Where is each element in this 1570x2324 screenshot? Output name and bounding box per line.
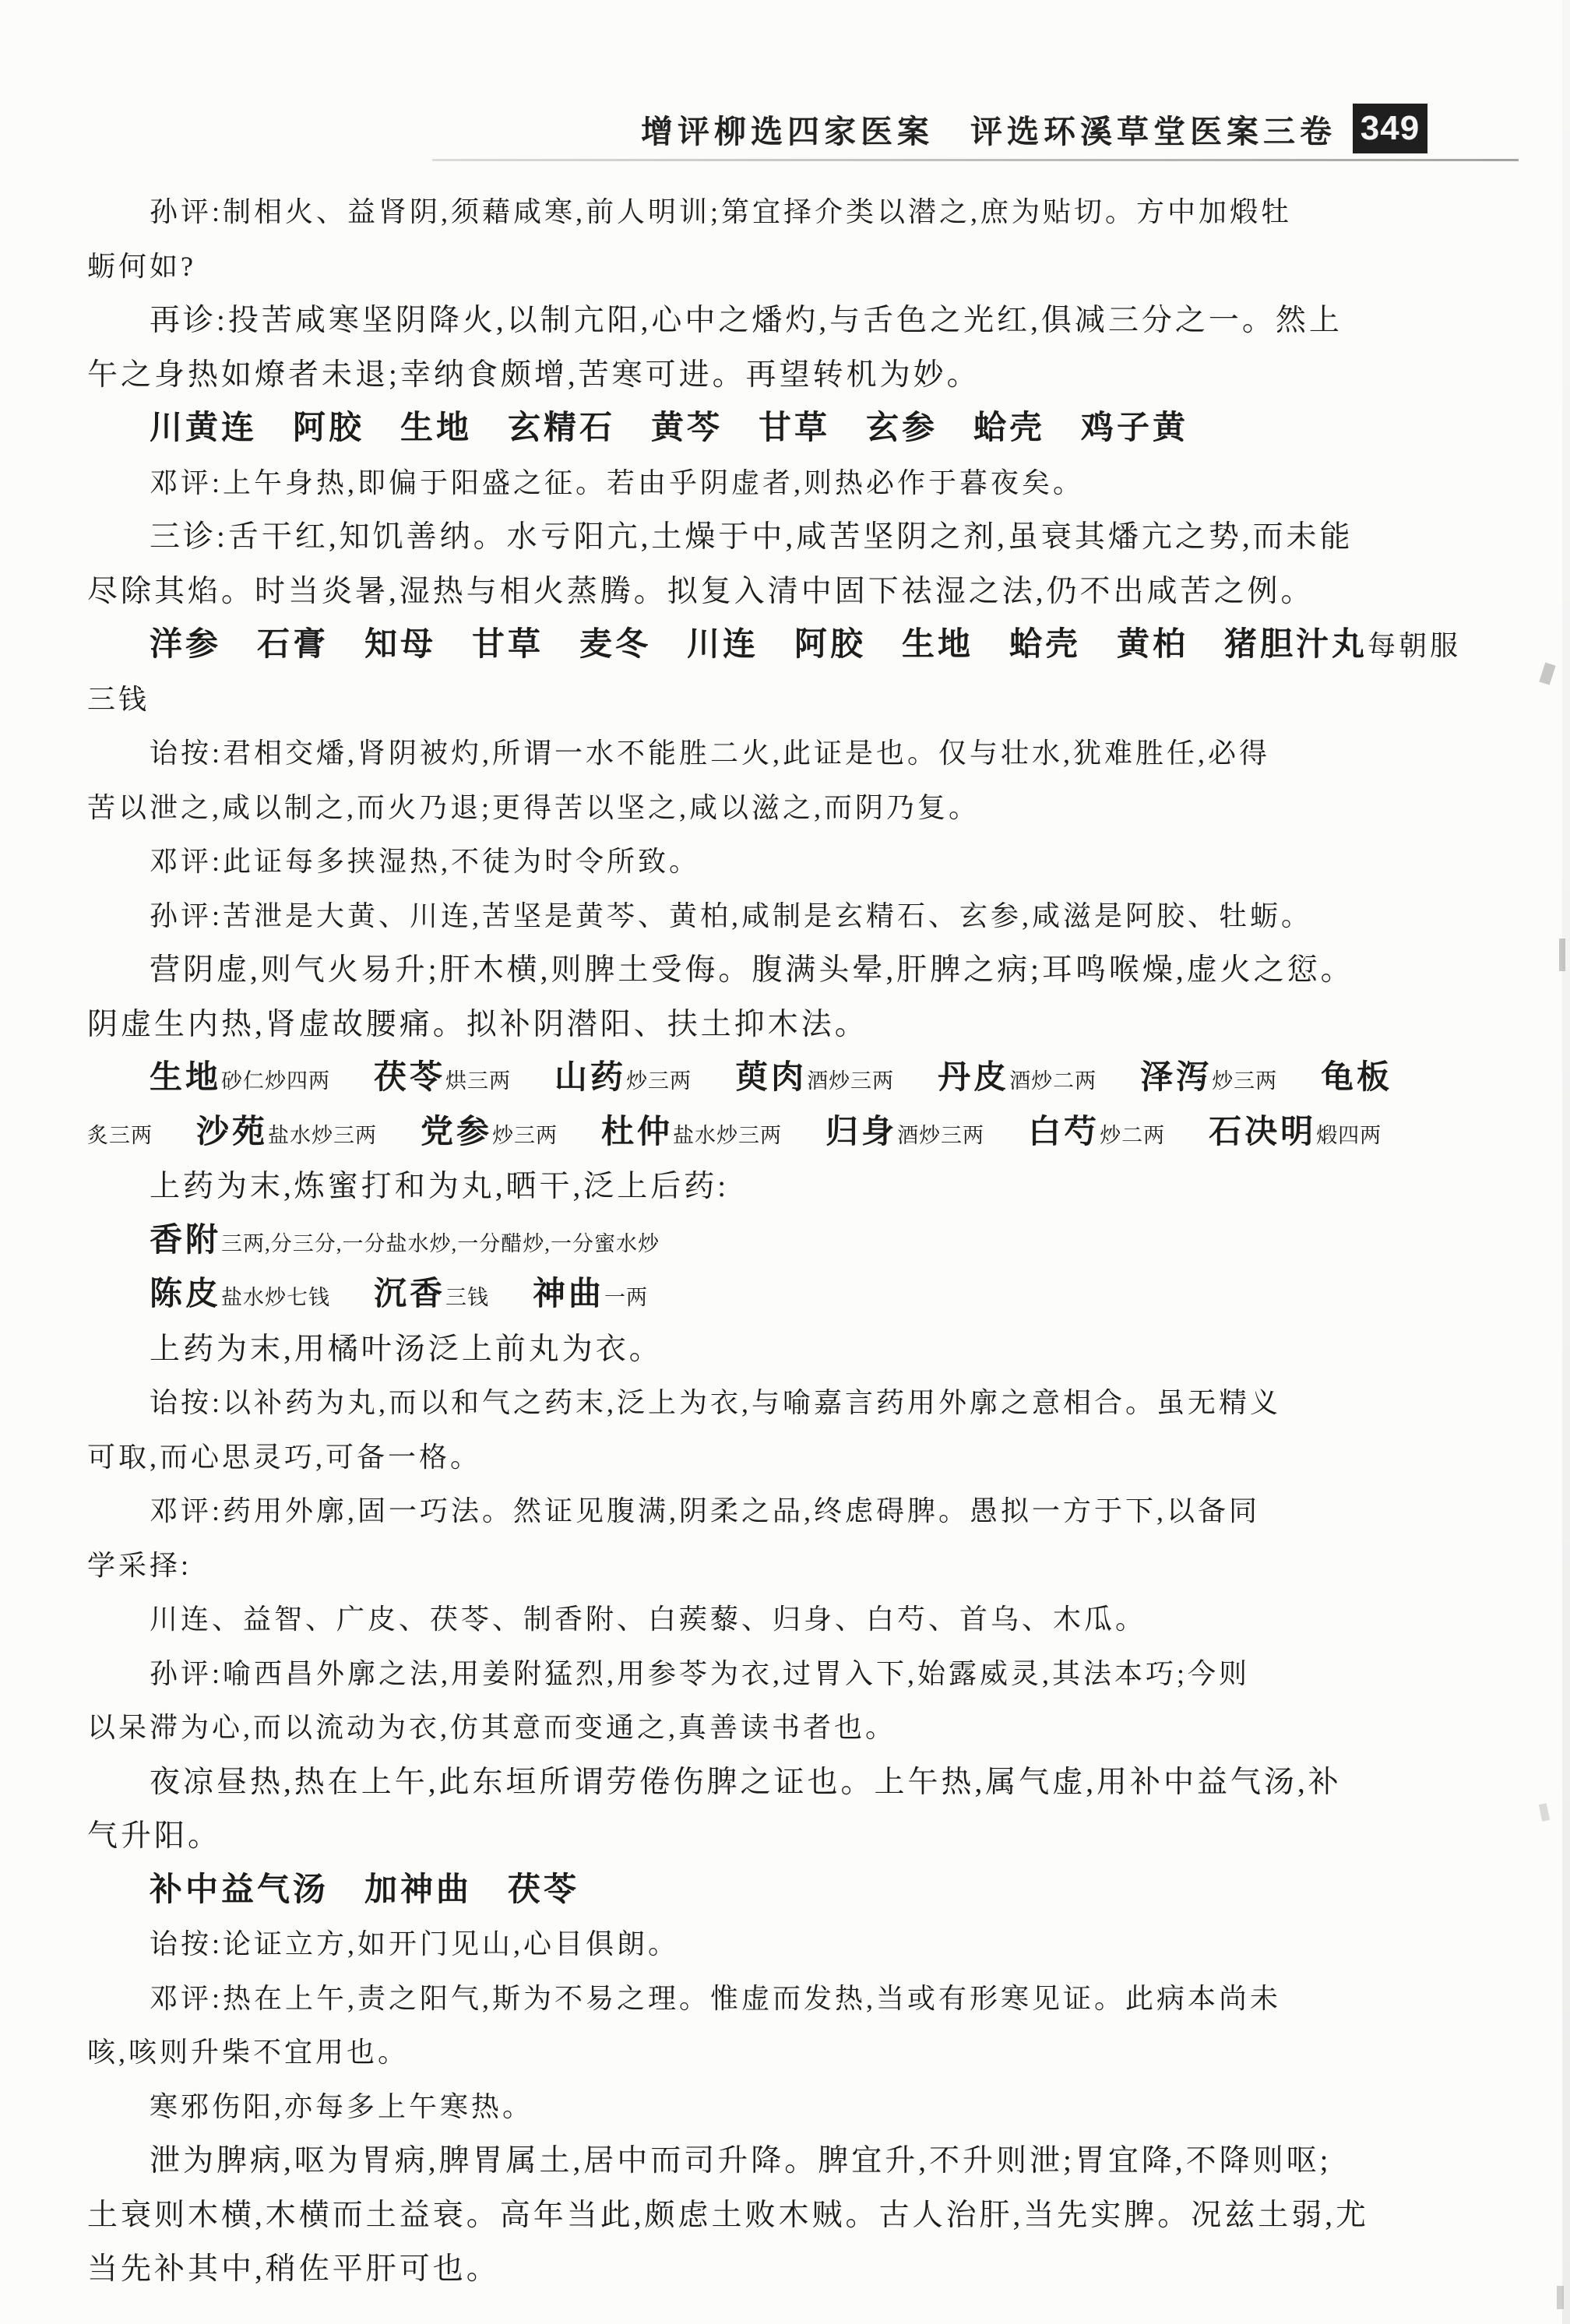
text-segment: 川连、益智、广皮、茯苓、制香附、白蒺藜、归身、白芍、首乌、木瓜。: [150, 1604, 1146, 1635]
text-line: 学采择:: [87, 1539, 1489, 1593]
text-segment: 以呆滞为心,而以流动为衣,仿其意而变通之,真善读书者也。: [87, 1712, 896, 1743]
text-line: 再诊:投苦咸寒坚阴降火,以制亢阳,心中之燔灼,与舌色之光红,俱减三分之一。然上: [87, 294, 1489, 348]
text-line: 午之身热如燎者未退;幸纳食颇增,苦寒可进。再望转机为妙。: [87, 348, 1489, 403]
text-line: 气升阳。: [87, 1809, 1489, 1864]
text-line: 诒按:君相交燔,肾阴被灼,所谓一水不能胜二火,此证是也。仅与壮水,犹难胜任,必得: [87, 727, 1489, 781]
text-line: 夜凉昼热,热在上午,此东垣所谓劳倦伤脾之证也。上午热,属气虚,用补中益气汤,补: [87, 1755, 1489, 1810]
herb-annotation: 盐水炒三两: [268, 1124, 377, 1147]
herb-annotation: 三两,分三分,一分盐水炒,一分醋炒,一分蜜水炒: [221, 1232, 660, 1255]
text-line: 土衰则木横,木横而土益衰。高年当此,颇虑土败木贼。古人治肝,当先实脾。况兹土弱,…: [87, 2188, 1489, 2243]
text-line: 上药为末,炼蜜打和为丸,晒干,泛上后药:: [87, 1160, 1489, 1214]
text-line: 补中益气汤 加神曲 茯苓: [87, 1864, 1489, 1918]
text-segment: 每朝服: [1368, 630, 1461, 661]
text-segment: 营阴虚,则气火易升;肝木横,则脾土受侮。腹满头晕,肝脾之病;耳鸣喉燥,虚火之愆。: [150, 953, 1354, 987]
herb-name: 补中益气汤 加神曲 茯苓: [150, 1872, 579, 1908]
text-segment: 气升阳。: [87, 1819, 221, 1853]
text-line: 川连、益智、广皮、茯苓、制香附、白蒺藜、归身、白芍、首乌、木瓜。: [87, 1593, 1489, 1647]
text-segment: 诒按:论证立方,如开门见山,心目俱朗。: [150, 1928, 679, 1960]
herb-annotation: 炒三两: [492, 1124, 558, 1147]
text-line: 生地砂仁炒四两茯苓烘三两山药炒三两萸肉酒炒三两丹皮酒炒二两泽泻炒三两龟板: [87, 1051, 1489, 1106]
herb-annotation: 炒三两: [1212, 1069, 1277, 1093]
herb-name: 杜仲: [601, 1114, 673, 1150]
text-segment: 三诊:舌干红,知饥善纳。水亏阳亢,土燥于中,咸苦坚阴之剂,虽衰其燔亢之势,而未能: [150, 520, 1354, 554]
text-line: 陈皮盐水炒七钱沉香三钱神曲一两: [87, 1268, 1489, 1322]
text-line: 营阴虚,则气火易升;肝木横,则脾土受侮。腹满头晕,肝脾之病;耳鸣喉燥,虚火之愆。: [87, 943, 1489, 998]
text-segment: 苦以泄之,咸以制之,而火乃退;更得苦以坚之,咸以滋之,而阴乃复。: [87, 792, 980, 823]
text-segment: 邓评:此证每多挟湿热,不徒为时令所致。: [150, 846, 700, 877]
herb-name: 沉香: [374, 1276, 445, 1312]
text-line: 尽除其焰。时当炎暑,湿热与相火蒸腾。拟复入清中固下祛湿之法,仍不出咸苦之例。: [87, 565, 1489, 619]
text-line: 炙三两沙苑盐水炒三两党参炒三两杜仲盐水炒三两归身酒炒三两白芍炒二两石决明煅四两: [87, 1106, 1489, 1160]
herb-name: 白芍: [1028, 1114, 1100, 1150]
herb-name: 洋参 石膏 知母 甘草 麦冬 川连 阿胶 生地 蛤壳 黄柏 猪胆汁丸: [150, 627, 1368, 663]
text-segment: 可取,而心思灵巧,可备一格。: [87, 1442, 481, 1473]
text-line: 诒按:以补药为丸,而以和气之药末,泛上为衣,与喻嘉言药用外廓之意相合。虽无精义: [87, 1376, 1489, 1431]
herb-annotation: 炙三两: [87, 1124, 153, 1147]
herb-annotation: 盐水炒七钱: [221, 1286, 330, 1309]
herb-annotation: 一两: [604, 1286, 648, 1309]
herb-name: 党参: [421, 1114, 492, 1150]
herb-name: 归身: [825, 1114, 897, 1150]
text-line: 蛎何如?: [87, 240, 1489, 294]
page-header: 增评柳选四家医案 评选环溪草堂医案三卷 349: [0, 100, 1570, 162]
text-line: 当先补其中,稍佐平肝可也。: [87, 2242, 1489, 2297]
herb-name: 生地: [150, 1060, 221, 1096]
text-line: 寒邪伤阳,亦每多上午寒热。: [87, 2080, 1489, 2135]
text-line: 以呆滞为心,而以流动为衣,仿其意而变通之,真善读书者也。: [87, 1701, 1489, 1755]
text-segment: 泄为脾病,呕为胃病,脾胃属土,居中而司升降。脾宜升,不升则泄;胃宜降,不降则呕;: [150, 2144, 1331, 2178]
text-segment: 孙评:制相火、益肾阴,须藉咸寒,前人明训;第宜择介类以潜之,庶为贴切。方中加煅牡: [150, 196, 1292, 227]
text-line: 泄为脾病,呕为胃病,脾胃属土,居中而司升降。脾宜升,不升则泄;胃宜降,不降则呕;: [87, 2134, 1489, 2188]
text-segment: 阴虚生内热,肾虚故腰痛。拟补阴潜阳、扶土抑木法。: [87, 1008, 868, 1041]
scan-edge-shadow: [1562, 0, 1570, 2324]
text-line: 邓评:药用外廓,固一巧法。然证见腹满,阴柔之品,终虑碍脾。愚拟一方于下,以备同: [87, 1484, 1489, 1539]
herb-annotation: 酒炒三两: [897, 1124, 984, 1147]
text-line: 孙评:苦泄是大黄、川连,苦坚是黄芩、黄柏,咸制是玄精石、玄参,咸滋是阿胶、牡蛎。: [87, 889, 1489, 944]
text-segment: 邓评:热在上午,责之阳气,斯为不易之理。惟虚而发热,当或有形寒见证。此病本尚未: [150, 1983, 1281, 2014]
text-line: 阴虚生内热,肾虚故腰痛。拟补阴潜阳、扶土抑木法。: [87, 998, 1489, 1052]
herb-annotation: 三钱: [445, 1286, 489, 1309]
page-number-badge: 349: [1353, 104, 1427, 153]
scan-artifact: [1539, 662, 1555, 685]
text-segment: 当先补其中,稍佐平肝可也。: [87, 2252, 500, 2286]
text-segment: 咳,咳则升柴不宜用也。: [87, 2037, 409, 2068]
herb-annotation: 砂仁炒四两: [221, 1069, 330, 1093]
text-line: 诒按:论证立方,如开门见山,心目俱朗。: [87, 1917, 1489, 1972]
scan-artifact: [1557, 2286, 1564, 2309]
herb-name: 山药: [554, 1060, 626, 1096]
herb-name: 陈皮: [150, 1276, 221, 1312]
text-segment: 孙评:苦泄是大黄、川连,苦坚是黄芩、黄柏,咸制是玄精石、玄参,咸滋是阿胶、牡蛎。: [150, 900, 1312, 931]
text-segment: 邓评:药用外廓,固一巧法。然证见腹满,阴柔之品,终虑碍脾。愚拟一方于下,以备同: [150, 1495, 1260, 1526]
text-segment: 诒按:以补药为丸,而以和气之药末,泛上为衣,与喻嘉言药用外廓之意相合。虽无精义: [150, 1387, 1281, 1418]
header-rule: [432, 159, 1519, 161]
herb-name: 龟板: [1321, 1060, 1392, 1096]
scan-artifact: [1559, 938, 1565, 971]
text-line: 可取,而心思灵巧,可备一格。: [87, 1431, 1489, 1485]
text-line: 咳,咳则升柴不宜用也。: [87, 2026, 1489, 2080]
text-segment: 邓评:上午身热,即偏于阳盛之征。若由乎阴虚者,则热必作于暮夜矣。: [150, 467, 1084, 498]
herb-name: 丹皮: [938, 1060, 1009, 1096]
scan-artifact: [1539, 1803, 1550, 1822]
text-segment: 上药为末,用橘叶汤泛上前丸为衣。: [150, 1333, 663, 1366]
text-line: 上药为末,用橘叶汤泛上前丸为衣。: [87, 1322, 1489, 1377]
text-line: 邓评:上午身热,即偏于阳盛之征。若由乎阴虚者,则热必作于暮夜矣。: [87, 456, 1489, 511]
text-line: 三钱: [87, 673, 1489, 727]
text-line: 孙评:制相火、益肾阴,须藉咸寒,前人明训;第宜择介类以潜之,庶为贴切。方中加煅牡: [87, 185, 1489, 240]
book-page: 增评柳选四家医案 评选环溪草堂医案三卷 349 孙评:制相火、益肾阴,须藉咸寒,…: [0, 0, 1570, 2324]
text-segment: 孙评:喻西昌外廓之法,用姜附猛烈,用参苓为衣,过胃入下,始露威灵,其法本巧;今则: [150, 1658, 1250, 1689]
herb-name: 萸肉: [735, 1060, 807, 1096]
herb-name: 石决明: [1209, 1114, 1316, 1150]
text-segment: 土衰则木横,木横而土益衰。高年当此,颇虑土败木贼。古人治肝,当先实脾。况兹土弱,…: [87, 2199, 1369, 2232]
herb-name: 川黄连 阿胶 生地 玄精石 黄芩 甘草 玄参 蛤壳 鸡子黄: [150, 410, 1188, 446]
herb-annotation: 炒三两: [626, 1069, 692, 1093]
text-line: 邓评:此证每多挟湿热,不徒为时令所致。: [87, 835, 1489, 889]
herb-name: 神曲: [533, 1276, 604, 1312]
text-segment: 诒按:君相交燔,肾阴被灼,所谓一水不能胜二火,此证是也。仅与壮水,犹难胜任,必得: [150, 738, 1270, 769]
text-line: 三诊:舌干红,知饥善纳。水亏阳亢,土燥于中,咸苦坚阴之剂,虽衰其燔亢之势,而未能: [87, 510, 1489, 565]
herb-annotation: 酒炒二两: [1009, 1069, 1097, 1093]
text-segment: 学采择:: [87, 1550, 192, 1581]
text-segment: 三钱: [87, 684, 150, 715]
text-line: 孙评:喻西昌外廓之法,用姜附猛烈,用参苓为衣,过胃入下,始露威灵,其法本巧;今则: [87, 1647, 1489, 1702]
text-line: 邓评:热在上午,责之阳气,斯为不易之理。惟虚而发热,当或有形寒见证。此病本尚未: [87, 1972, 1489, 2026]
text-segment: 午之身热如燎者未退;幸纳食颇增,苦寒可进。再望转机为妙。: [87, 358, 980, 392]
text-body: 孙评:制相火、益肾阴,须藉咸寒,前人明训;第宜择介类以潜之,庶为贴切。方中加煅牡…: [87, 185, 1489, 2297]
text-line: 洋参 石膏 知母 甘草 麦冬 川连 阿胶 生地 蛤壳 黄柏 猪胆汁丸每朝服: [87, 618, 1489, 673]
text-line: 川黄连 阿胶 生地 玄精石 黄芩 甘草 玄参 蛤壳 鸡子黄: [87, 402, 1489, 456]
text-line: 苦以泄之,咸以制之,而火乃退;更得苦以坚之,咸以滋之,而阴乃复。: [87, 781, 1489, 836]
herb-annotation: 煅四两: [1316, 1124, 1382, 1147]
text-segment: 尽除其焰。时当炎暑,湿热与相火蒸腾。拟复入清中固下祛湿之法,仍不出咸苦之例。: [87, 575, 1315, 608]
running-title: 增评柳选四家医案 评选环溪草堂医案三卷: [641, 106, 1336, 152]
text-segment: 再诊:投苦咸寒坚阴降火,以制亢阳,心中之燔灼,与舌色之光红,俱减三分之一。然上: [150, 304, 1343, 337]
text-segment: 寒邪伤阳,亦每多上午寒热。: [150, 2091, 533, 2122]
herb-annotation: 烘三两: [445, 1069, 511, 1093]
herb-annotation: 炒二两: [1100, 1124, 1165, 1147]
text-segment: 上药为末,炼蜜打和为丸,晒干,泛上后药:: [150, 1170, 729, 1203]
herb-annotation: 盐水炒三两: [673, 1124, 782, 1147]
text-segment: 夜凉昼热,热在上午,此东垣所谓劳倦伤脾之证也。上午热,属气虚,用补中益气汤,补: [150, 1766, 1342, 1799]
herb-name: 泽泻: [1140, 1060, 1212, 1096]
herb-name: 沙苑: [196, 1114, 268, 1150]
herb-name: 茯苓: [374, 1060, 445, 1096]
herb-name: 香附: [150, 1223, 221, 1259]
text-line: 香附三两,分三分,一分盐水炒,一分醋炒,一分蜜水炒: [87, 1214, 1489, 1269]
herb-annotation: 酒炒三两: [807, 1069, 894, 1093]
text-segment: 蛎何如?: [87, 251, 196, 282]
